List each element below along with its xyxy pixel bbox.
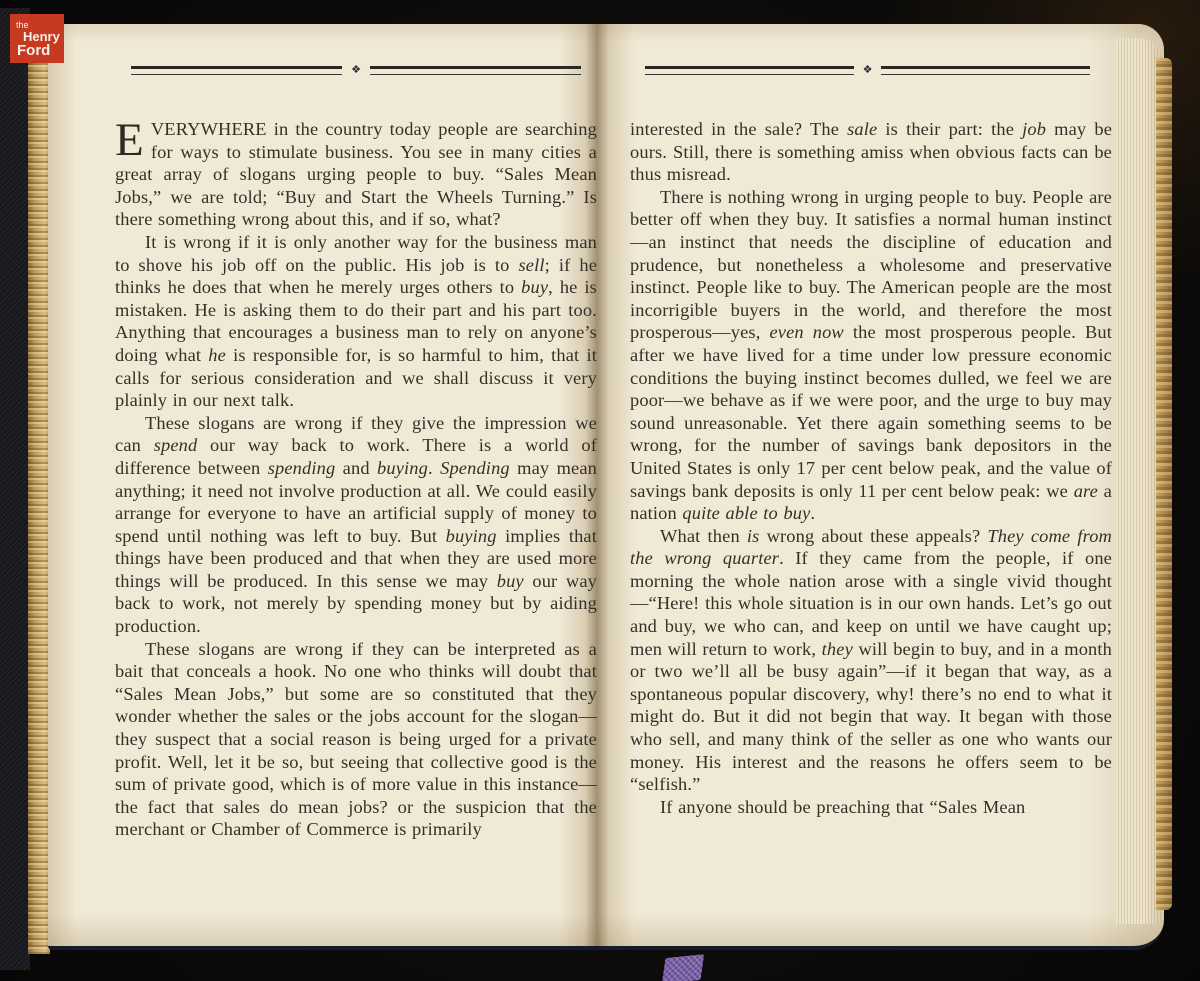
paragraph: interested in the sale? The sale is thei… [630,118,1112,186]
left-page-text: EVERYWHERE in the country today people a… [115,118,597,841]
book-cover-left-edge [0,8,30,970]
paragraph: These slogans are wrong if they give the… [115,412,597,638]
paragraph: What then is wrong about these appeals? … [630,525,1112,796]
open-book-pages: ❖ EVERYWHERE in the country today people… [48,24,1164,950]
drop-cap: E [115,118,151,159]
paragraph: If anyone should be preaching that “Sale… [630,796,1112,819]
logo-word-ford: Ford [17,43,64,58]
fleuron-ornament-icon: ❖ [863,66,873,74]
logo-word-the: the [16,20,64,30]
right-page: ❖ interested in the sale? The sale is th… [630,62,1112,818]
right-page-text: interested in the sale? The sale is thei… [630,118,1112,818]
rule-line [131,66,342,75]
rule-line [645,66,854,75]
bookmark-ribbon [662,954,705,981]
rule-line [370,66,581,75]
paragraph: These slogans are wrong if they can be i… [115,638,597,841]
paragraph: There is nothing wrong in urging people … [630,186,1112,525]
gilt-fore-edge-left [28,16,50,954]
book-photo: ❖ EVERYWHERE in the country today people… [0,0,1200,981]
henry-ford-logo: the Henry Ford [10,14,64,63]
gilt-fore-edge-right [1156,58,1172,910]
left-page: ❖ EVERYWHERE in the country today people… [115,62,597,841]
fleuron-ornament-icon: ❖ [351,66,361,74]
header-rule-left: ❖ [131,66,581,74]
rule-line [881,66,1090,75]
logo-word-henry: Henry [23,30,64,43]
paragraph: It is wrong if it is only another way fo… [115,231,597,412]
header-rule-right: ❖ [645,66,1090,74]
paragraph: EVERYWHERE in the country today people a… [115,118,597,231]
